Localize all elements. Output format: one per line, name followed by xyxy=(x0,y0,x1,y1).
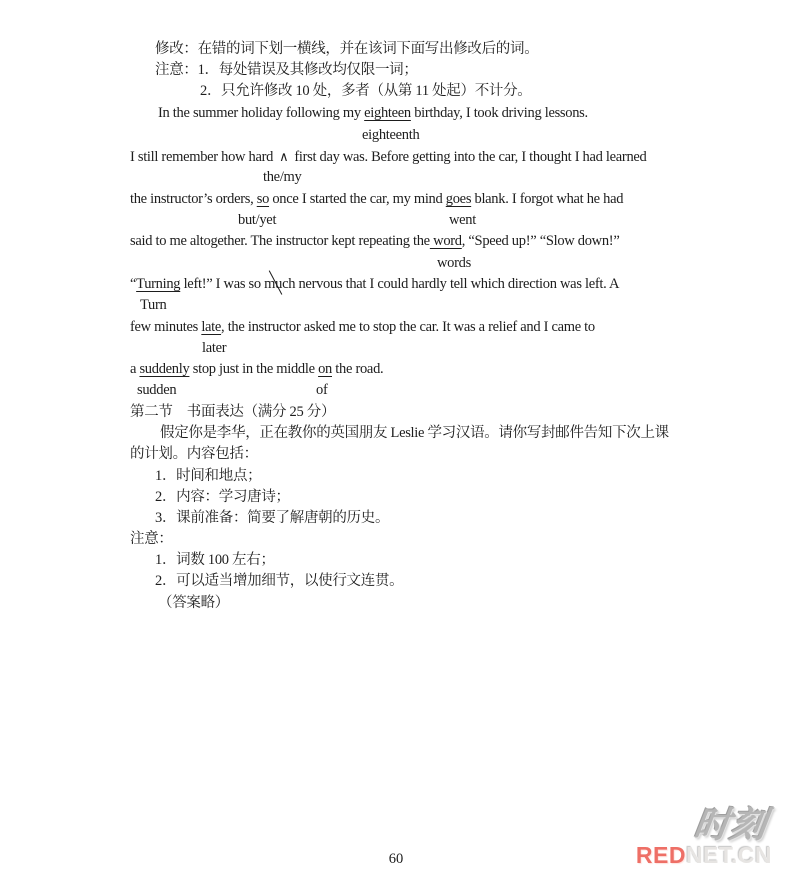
text-run: I still remember how hard xyxy=(130,149,273,165)
text-line: eighteenth xyxy=(362,125,419,146)
text-run: but/yet xyxy=(238,212,276,228)
text-run: went xyxy=(449,212,476,228)
text-run: 的计划。内容包括： xyxy=(130,446,258,462)
text-line: the/my xyxy=(263,167,301,188)
text-line: the instructor’s orders, so once I start… xyxy=(130,189,623,210)
text-line: 假定你是李华，正在教你的英国朋友 Leslie 学习汉语。请你写封邮件告知下次上… xyxy=(160,423,669,444)
text-run: left!” I was so xyxy=(180,276,264,292)
text-run: words xyxy=(437,255,471,271)
text-line: （答案略） xyxy=(158,593,229,614)
text-run: few minutes xyxy=(130,319,201,335)
text-run: birthday, I took driving lessons. xyxy=(411,105,588,121)
text-line: 3．课前准备：简要了解唐朝的历史。 xyxy=(155,508,389,529)
text-line: sudden xyxy=(137,380,176,401)
text-run: nervous that I could hardly tell which d… xyxy=(295,276,619,292)
text-line: 第二节 书面表达（满分 25 分） xyxy=(130,402,335,423)
text-line: Turn xyxy=(140,295,166,316)
underlined-error-word: eighteen xyxy=(364,105,411,121)
text-run: 注意： xyxy=(130,531,173,547)
text-line: said to me altogether. The instructor ke… xyxy=(130,231,619,252)
text-line: 1．词数 100 左右； xyxy=(155,550,275,571)
text-run: said to me altogether. The instructor ke… xyxy=(130,233,430,249)
underlined-error-word: late xyxy=(201,319,221,335)
text-line: 2．内容：学习唐诗； xyxy=(155,487,290,508)
text-line: words xyxy=(437,253,471,274)
text-run: （答案略） xyxy=(158,595,229,611)
text-run: of xyxy=(316,382,327,398)
text-run: 第二节 书面表达（满分 25 分） xyxy=(130,404,335,420)
text-line: 2．只允许修改 10 处，多者（从第 11 处起）不计分。 xyxy=(200,81,532,102)
text-run: , the instructor asked me to stop the ca… xyxy=(221,319,595,335)
text-line: “Turning left!” I was so much nervous th… xyxy=(130,274,619,295)
text-run: eighteenth xyxy=(362,127,419,143)
text-line: I still remember how hard∧first day was.… xyxy=(130,146,646,168)
document-page: 修改：在错的词下划一横线，并在该词下面写出修改后的词。注意：1．每处错误及其修改… xyxy=(0,0,792,895)
text-line: 的计划。内容包括： xyxy=(130,444,258,465)
text-line: few minutes late, the instructor asked m… xyxy=(130,317,595,338)
text-run: blank. I forgot what he had xyxy=(471,191,623,207)
underlined-error-word: Turning xyxy=(136,276,180,292)
text-line: 1．时间和地点； xyxy=(155,466,261,487)
text-run: once I started the car, my mind xyxy=(269,191,446,207)
text-line: 2．可以适当增加细节，以使行文连贯。 xyxy=(155,571,403,592)
text-run: 2．只允许修改 10 处，多者（从第 11 处起）不计分。 xyxy=(200,83,532,99)
text-run: Turn xyxy=(140,297,166,313)
text-run: 修改：在错的词下划一横线，并在该词下面写出修改后的词。 xyxy=(155,41,538,57)
text-run: 2．内容：学习唐诗； xyxy=(155,489,290,505)
page-number: 60 xyxy=(0,851,792,868)
text-run: the road. xyxy=(332,361,383,377)
text-run: 2．可以适当增加细节，以使行文连贯。 xyxy=(155,573,403,589)
text-run: first day was. Before getting into the c… xyxy=(294,149,646,165)
text-line: 注意： xyxy=(130,529,173,550)
text-run: 3．课前准备：简要了解唐朝的历史。 xyxy=(155,510,389,526)
text-line: but/yet xyxy=(238,210,276,231)
text-line: later xyxy=(202,338,226,359)
text-run: 1．时间和地点； xyxy=(155,468,261,484)
text-run: stop just in the middle xyxy=(189,361,318,377)
underlined-error-word: so xyxy=(257,191,269,207)
text-run: 假定你是李华，正在教你的英国朋友 Leslie 学习汉语。请你写封邮件告知下次上… xyxy=(160,425,669,441)
slashed-deleted-word: much xyxy=(264,276,295,292)
underlined-error-word: word xyxy=(430,233,462,249)
underlined-error-word: suddenly xyxy=(139,361,189,377)
watermark-cjk-logo: 时刻 xyxy=(691,806,768,844)
text-line: went xyxy=(449,210,476,231)
text-run: the instructor’s orders, xyxy=(130,191,257,207)
text-run: 1．词数 100 左右； xyxy=(155,552,275,568)
text-run: later xyxy=(202,340,226,356)
underlined-error-word: goes xyxy=(446,191,471,207)
text-run: , “Speed up!” “Slow down!” xyxy=(462,233,620,249)
text-line: 修改：在错的词下划一横线，并在该词下面写出修改后的词。 xyxy=(155,39,538,60)
text-line: a suddenly stop just in the middle on th… xyxy=(130,359,383,380)
text-line: of xyxy=(316,380,327,401)
text-run: the/my xyxy=(263,169,301,185)
text-run: In the summer holiday following my xyxy=(158,105,364,121)
watermark: 时刻 REDNET.CN xyxy=(628,806,778,884)
underlined-error-word: on xyxy=(318,361,332,377)
text-run: sudden xyxy=(137,382,176,398)
text-line: 注意：1．每处错误及其修改均仅限一词； xyxy=(155,60,418,81)
text-run: 注意：1．每处错误及其修改均仅限一词； xyxy=(155,62,418,78)
text-line: In the summer holiday following my eight… xyxy=(158,103,588,124)
insertion-caret-icon: ∧ xyxy=(273,149,294,164)
